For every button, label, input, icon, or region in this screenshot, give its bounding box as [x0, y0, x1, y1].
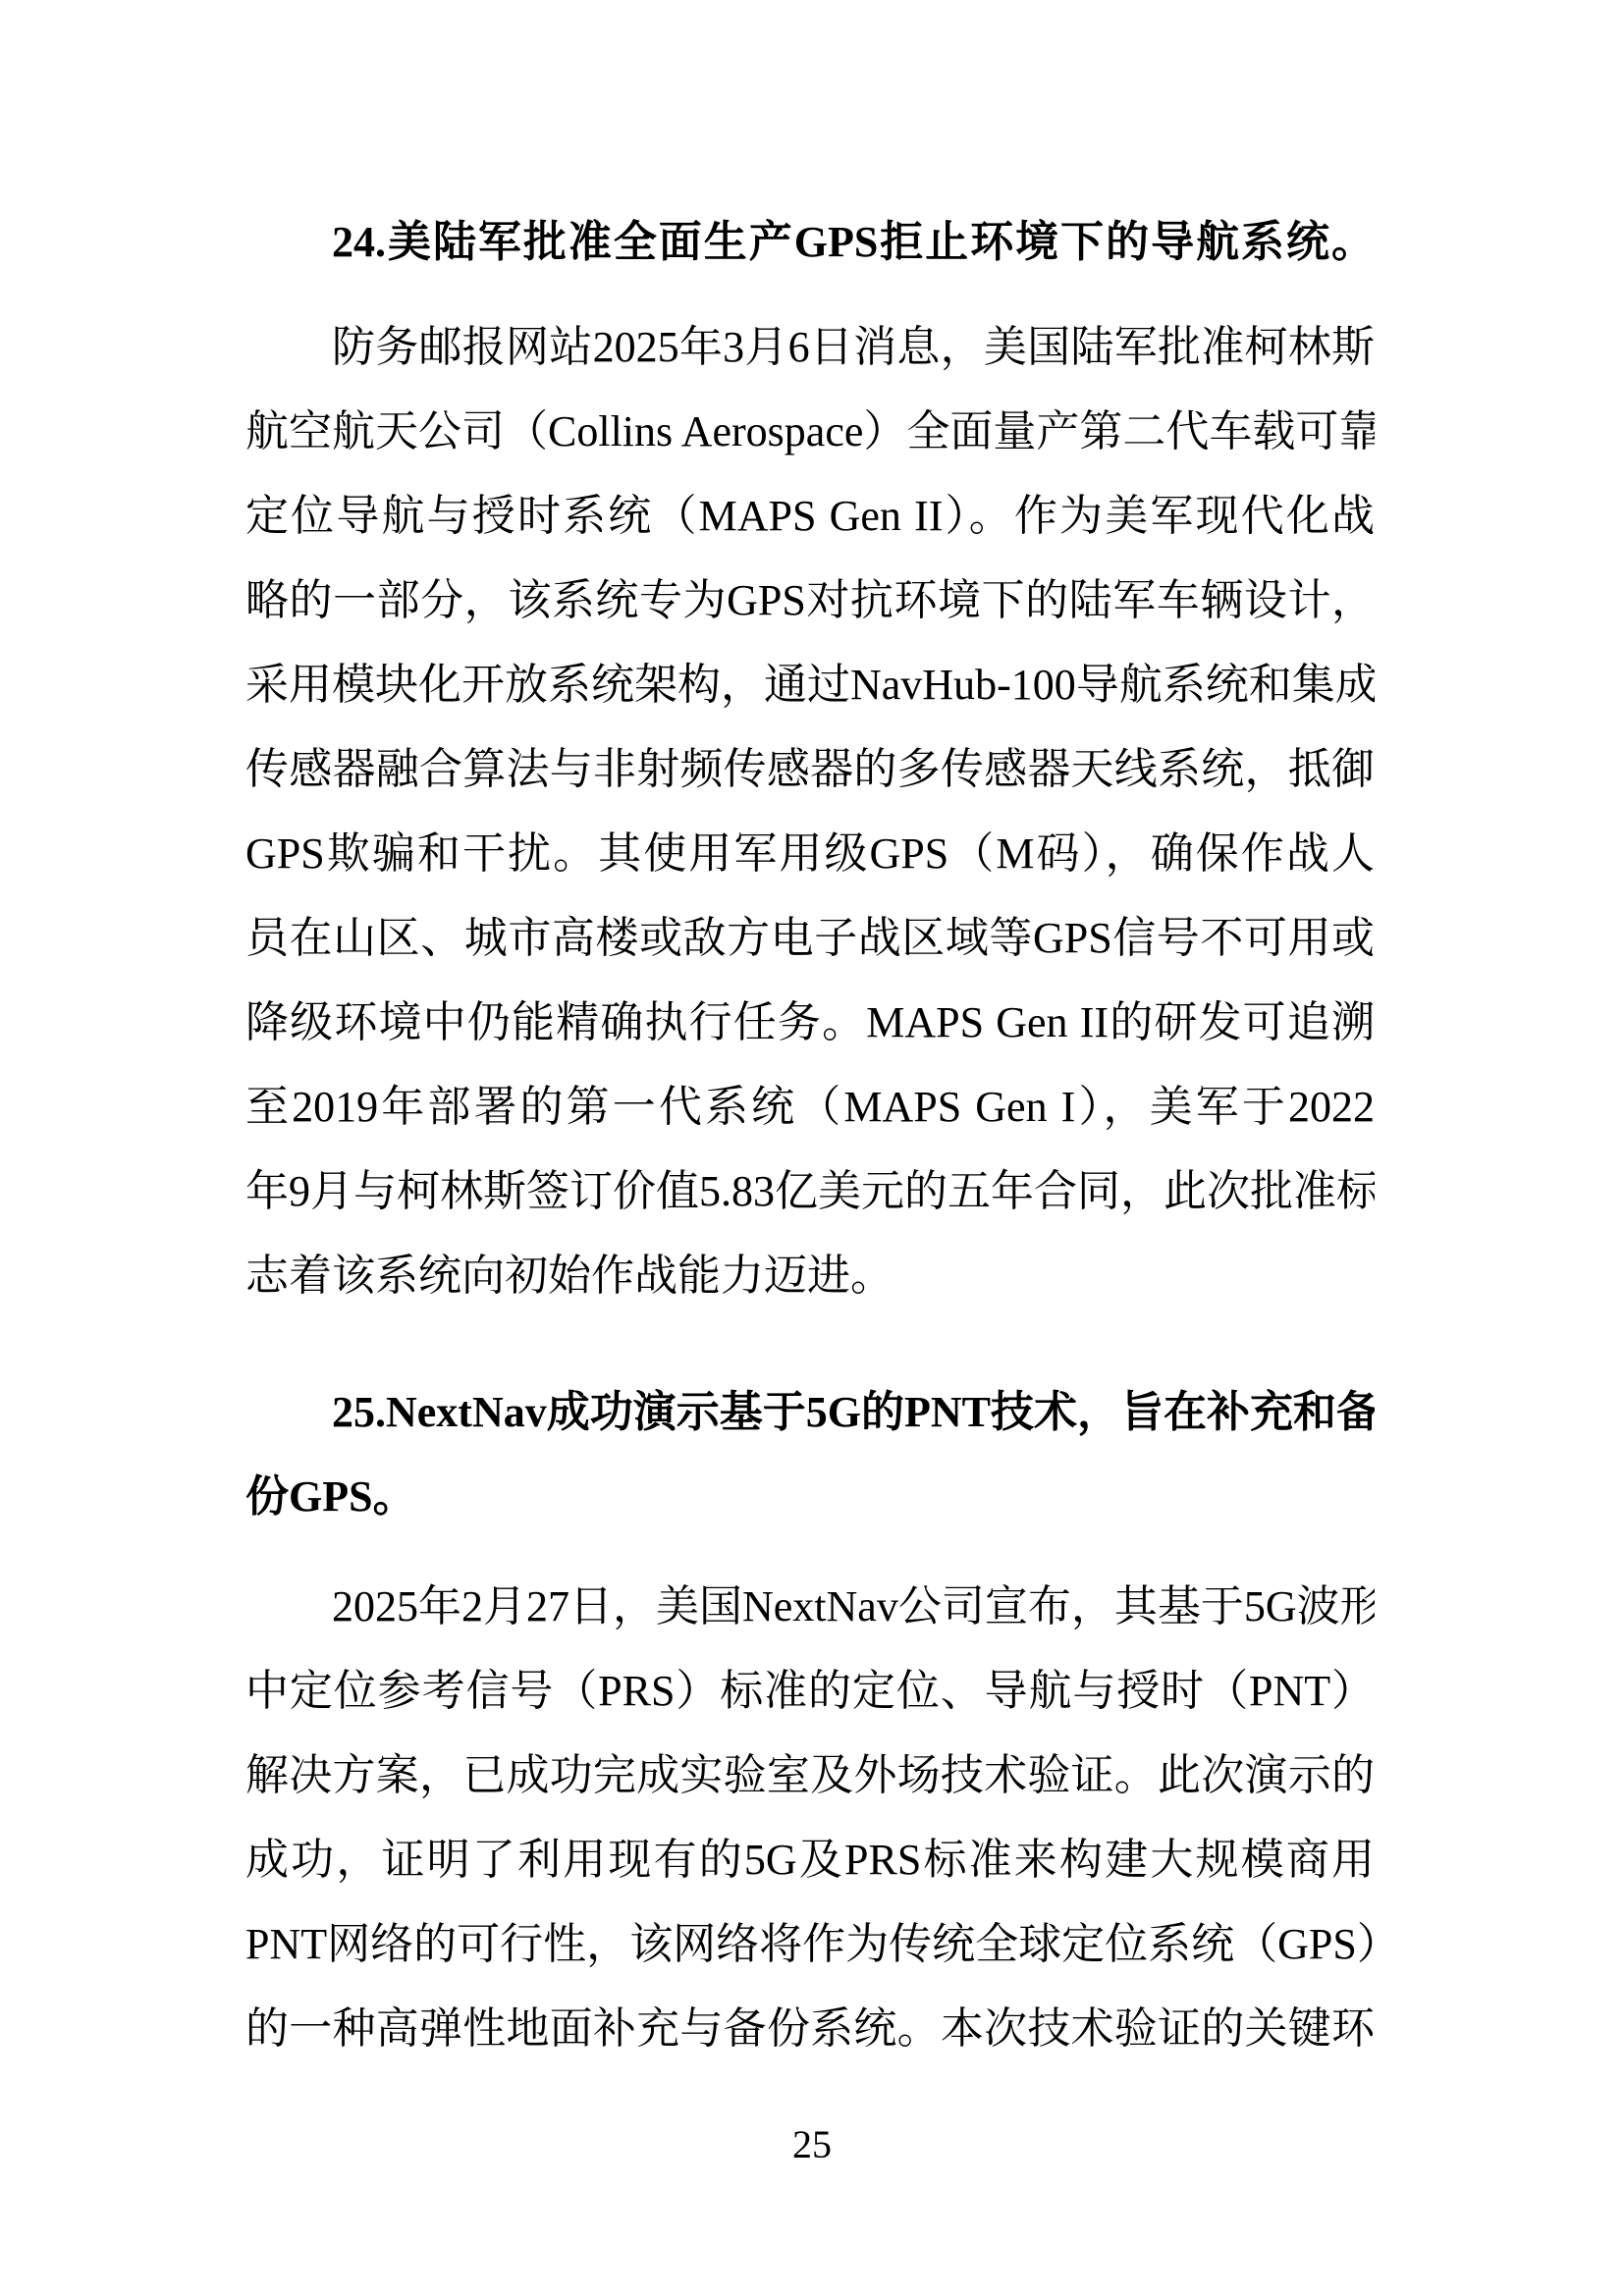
document-page: 24.美陆军批准全面生产GPS拒止环境下的导航系统。 防务邮报网站2025年3月…: [0, 0, 1624, 2296]
body-line: 定位导航与授时系统（MAPS Gen II）。作为美军现代化战: [245, 474, 1375, 559]
body-line: 降级环境中仍能精确执行任务。MAPS Gen II的研发可追溯: [245, 981, 1375, 1065]
body-line: PNT网络的可行性，该网络将作为传统全球定位系统（GPS）: [245, 1902, 1375, 1987]
body-line: 的一种高弹性地面补充与备份系统。本次技术验证的关键环: [245, 1987, 1375, 2071]
page-number: 25: [0, 2123, 1624, 2166]
body-line: 防务邮报网站2025年3月6日消息，美国陆军批准柯林斯: [245, 305, 1375, 390]
body-line: 年9月与柯林斯签订价值5.83亿美元的五年合同，此次批准标: [245, 1149, 1375, 1234]
heading-line: 25.NextNav成功演示基于5G的PNT技术，旨在补充和备: [245, 1370, 1375, 1455]
article-24-heading: 24.美陆军批准全面生产GPS拒止环境下的导航系统。: [245, 200, 1375, 285]
body-line: 成功，证明了利用现有的5G及PRS标准来构建大规模商用: [245, 1818, 1375, 1902]
body-line: 至2019年部署的第一代系统（MAPS Gen I），美军于2022: [245, 1065, 1375, 1149]
article-25-paragraph: 2025年2月27日，美国NextNav公司宣布，其基于5G波形 中定位参考信号…: [245, 1565, 1375, 2071]
heading-line: 份GPS。: [245, 1455, 1375, 1539]
body-line: 传感器融合算法与非射频传感器的多传感器天线系统，抵御: [245, 727, 1375, 812]
body-line: 采用模块化开放系统架构，通过NavHub-100导航系统和集成: [245, 643, 1375, 727]
article-25-heading: 25.NextNav成功演示基于5G的PNT技术，旨在补充和备 份GPS。: [245, 1370, 1375, 1539]
body-line: 员在山区、城市高楼或敌方电子战区域等GPS信号不可用或: [245, 896, 1375, 981]
body-line: 2025年2月27日，美国NextNav公司宣布，其基于5G波形: [245, 1565, 1375, 1649]
body-line: 略的一部分，该系统专为GPS对抗环境下的陆军车辆设计，: [245, 559, 1375, 643]
page-body: 24.美陆军批准全面生产GPS拒止环境下的导航系统。 防务邮报网站2025年3月…: [245, 200, 1375, 2071]
body-line: 航空航天公司（Collins Aerospace）全面量产第二代车载可靠: [245, 390, 1375, 474]
body-line: 志着该系统向初始作战能力迈进。: [245, 1234, 1375, 1318]
body-line: GPS欺骗和干扰。其使用军用级GPS（M码），确保作战人: [245, 812, 1375, 896]
article-24-paragraph: 防务邮报网站2025年3月6日消息，美国陆军批准柯林斯 航空航天公司（Colli…: [245, 305, 1375, 1318]
body-line: 解决方案，已成功完成实验室及外场技术验证。此次演示的: [245, 1734, 1375, 1818]
body-line: 中定位参考信号（PRS）标准的定位、导航与授时（PNT）: [245, 1649, 1375, 1734]
